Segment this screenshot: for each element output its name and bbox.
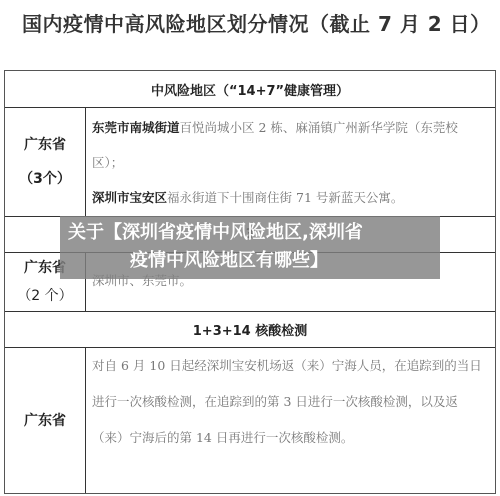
area-entry: 东莞市南城街道百悦尚城小区 2 栋、麻涌镇广州新华学院（东莞校区）； <box>92 110 489 180</box>
section-header-nucleic-test: 1+3+14 核酸检测 <box>5 312 495 348</box>
province-label: 广东省（3个） <box>15 128 75 196</box>
test-policy-cell: 对自 6 月 10 日起经深圳宝安机场返（来）宁海人员，在追踪到的当日进行一次核… <box>86 348 495 493</box>
risk-area-table: 中风险地区（“14+7”健康管理） 广东省（3个） 东莞市南城街道百悦尚城小区 … <box>4 70 496 494</box>
province-count: （2 个） <box>17 282 72 310</box>
area-district: 东莞市南城街道 <box>92 120 180 135</box>
section-header-text: 1+3+14 核酸检测 <box>193 320 308 339</box>
area-detail: 福永街道下十围商住街 71 号新蓝天公寓。 <box>167 190 403 205</box>
area-entry: 深圳市宝安区福永街道下十围商住街 71 号新蓝天公寓。 <box>92 180 489 215</box>
page-title: 国内疫情中高风险地区划分情况（截止 7 月 2 日） <box>22 8 491 37</box>
caption-overlay: 关于【深圳省疫情中风险地区,深圳省 疫情中风险地区有哪些】 <box>60 216 440 279</box>
table-row: 广东省 对自 6 月 10 日起经深圳宝安机场返（来）宁海人员，在追踪到的当日进… <box>5 348 495 493</box>
caption-line-2: 疫情中风险地区有哪些】 <box>68 247 434 275</box>
test-policy-text: 对自 6 月 10 日起经深圳宝安机场返（来）宁海人员，在追踪到的当日进行一次核… <box>92 358 482 445</box>
section-header-text: 中风险地区（“14+7”健康管理） <box>151 80 349 99</box>
table-row: 广东省（3个） 东莞市南城街道百悦尚城小区 2 栋、麻涌镇广州新华学院（东莞校区… <box>5 108 495 217</box>
province-cell: 广东省（3个） <box>5 108 86 216</box>
section-header-medium-risk: 中风险地区（“14+7”健康管理） <box>5 71 495 108</box>
province-label: 广东省 <box>24 404 66 438</box>
area-list-cell: 东莞市南城街道百悦尚城小区 2 栋、麻涌镇广州新华学院（东莞校区）； 深圳市宝安… <box>86 108 495 216</box>
area-district: 深圳市宝安区 <box>92 190 167 205</box>
caption-line-1: 关于【深圳省疫情中风险地区,深圳省 <box>68 219 434 247</box>
province-cell: 广东省 <box>5 348 86 493</box>
